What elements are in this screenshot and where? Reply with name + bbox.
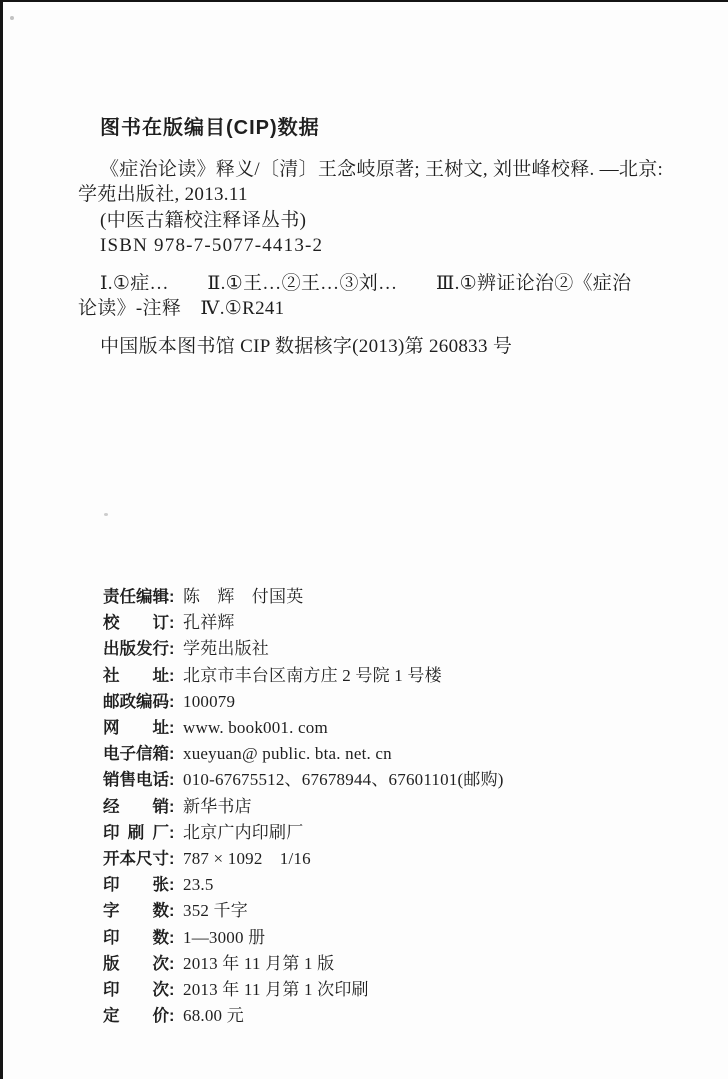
colophon-row: 开本尺寸:787 × 1092 1/16 (103, 846, 504, 872)
scan-speck (104, 513, 108, 516)
cip-record-number: 中国版本图书馆 CIP 数据核字(2013)第 260833 号 (78, 334, 678, 359)
colophon-row: 定 价:68.00 元 (103, 1003, 504, 1029)
colophon-label: 校 订: (103, 611, 183, 636)
colophon-section: 责任编辑:陈 辉 付国英校 订:孔祥辉出版发行:学苑出版社社 址:北京市丰台区南… (103, 584, 504, 1029)
series-note: (中医古籍校注释译丛书) (78, 208, 678, 233)
colophon-label: 邮政编码: (103, 690, 183, 715)
colophon-label: 版 次: (103, 952, 183, 977)
book-copyright-page: 图书在版编目(CIP)数据 《症治论读》释义/〔清〕王念岐原著; 王树文, 刘世… (0, 0, 728, 1079)
colophon-value: 学苑出版社 (183, 636, 269, 661)
title-statement-line-1: 《症治论读》释义/〔清〕王念岐原著; 王树文, 刘世峰校释. —北京: (78, 157, 678, 182)
colophon-value: 100079 (183, 689, 235, 714)
colophon-label: 定 价: (103, 1004, 183, 1029)
colophon-row: 版 次:2013 年 11 月第 1 版 (103, 951, 504, 977)
colophon-value: 68.00 元 (183, 1003, 244, 1028)
colophon-row: 责任编辑:陈 辉 付国英 (103, 584, 504, 610)
colophon-label: 开本尺寸: (103, 847, 183, 872)
scan-edge-left-line (0, 0, 3, 1079)
colophon-value: 新华书店 (183, 794, 252, 819)
colophon-row: 经 销:新华书店 (103, 794, 504, 820)
colophon-row: 印 张:23.5 (103, 872, 504, 898)
colophon-value: 2013 年 11 月第 1 次印刷 (183, 977, 369, 1002)
colophon-value: 352 千字 (183, 898, 248, 923)
colophon-row: 校 订:孔祥辉 (103, 610, 504, 636)
colophon-value: 北京广内印刷厂 (183, 820, 303, 845)
colophon-value: 1—3000 册 (183, 925, 265, 950)
classification-line-2: 论读》-注释 Ⅳ.①R241 (78, 296, 678, 321)
colophon-row: 出版发行:学苑出版社 (103, 636, 504, 662)
colophon-label: 印 张: (103, 873, 183, 898)
classification-block: Ⅰ.①症… Ⅱ.①王…②王…③刘… Ⅲ.①辨证论治②《症治 论读》-注释 Ⅳ.①… (78, 271, 678, 322)
colophon-row: 销售电话:010-67675512、67678944、67601101(邮购) (103, 767, 504, 793)
isbn-line: ISBN 978-7-5077-4413-2 (78, 233, 678, 258)
colophon-label: 经 销: (103, 795, 183, 820)
colophon-row: 网 址:www. book001. com (103, 715, 504, 741)
colophon-label: 印 刷 厂: (103, 821, 183, 846)
colophon-value: 孔祥辉 (183, 610, 235, 635)
colophon-value: www. book001. com (183, 715, 328, 740)
colophon-row: 印 次:2013 年 11 月第 1 次印刷 (103, 977, 504, 1003)
colophon-row: 字 数:352 千字 (103, 898, 504, 924)
colophon-label: 出版发行: (103, 637, 183, 662)
colophon-label: 字 数: (103, 899, 183, 924)
colophon-value: xueyuan@ public. bta. net. cn (183, 741, 392, 766)
cip-heading: 图书在版编目(CIP)数据 (100, 111, 678, 140)
colophon-label: 销售电话: (103, 768, 183, 793)
colophon-label: 印 次: (103, 978, 183, 1003)
colophon-label: 网 址: (103, 716, 183, 741)
colophon-value: 23.5 (183, 872, 214, 897)
scan-edge-top-line (0, 0, 728, 2)
colophon-label: 社 址: (103, 664, 183, 689)
cip-data-section: 图书在版编目(CIP)数据 《症治论读》释义/〔清〕王念岐原著; 王树文, 刘世… (78, 111, 678, 360)
classification-line-1: Ⅰ.①症… Ⅱ.①王…②王…③刘… Ⅲ.①辨证论治②《症治 (78, 271, 678, 296)
colophon-value: 2013 年 11 月第 1 版 (183, 951, 334, 976)
colophon-value: 陈 辉 付国英 (183, 584, 303, 609)
colophon-row: 印 刷 厂:北京广内印刷厂 (103, 820, 504, 846)
scan-speck (10, 16, 14, 20)
colophon-row: 邮政编码:100079 (103, 689, 504, 715)
colophon-row: 电子信箱:xueyuan@ public. bta. net. cn (103, 741, 504, 767)
colophon-value: 北京市丰台区南方庄 2 号院 1 号楼 (183, 663, 442, 688)
colophon-value: 010-67675512、67678944、67601101(邮购) (183, 767, 504, 792)
colophon-label: 印 数: (103, 926, 183, 951)
colophon-label: 电子信箱: (103, 742, 183, 767)
colophon-row: 印 数:1—3000 册 (103, 925, 504, 951)
title-statement-line-2: 学苑出版社, 2013.11 (78, 182, 678, 207)
colophon-row: 社 址:北京市丰台区南方庄 2 号院 1 号楼 (103, 663, 504, 689)
colophon-value: 787 × 1092 1/16 (183, 846, 311, 871)
colophon-label: 责任编辑: (103, 585, 183, 610)
colophon-rows: 责任编辑:陈 辉 付国英校 订:孔祥辉出版发行:学苑出版社社 址:北京市丰台区南… (103, 584, 504, 1029)
